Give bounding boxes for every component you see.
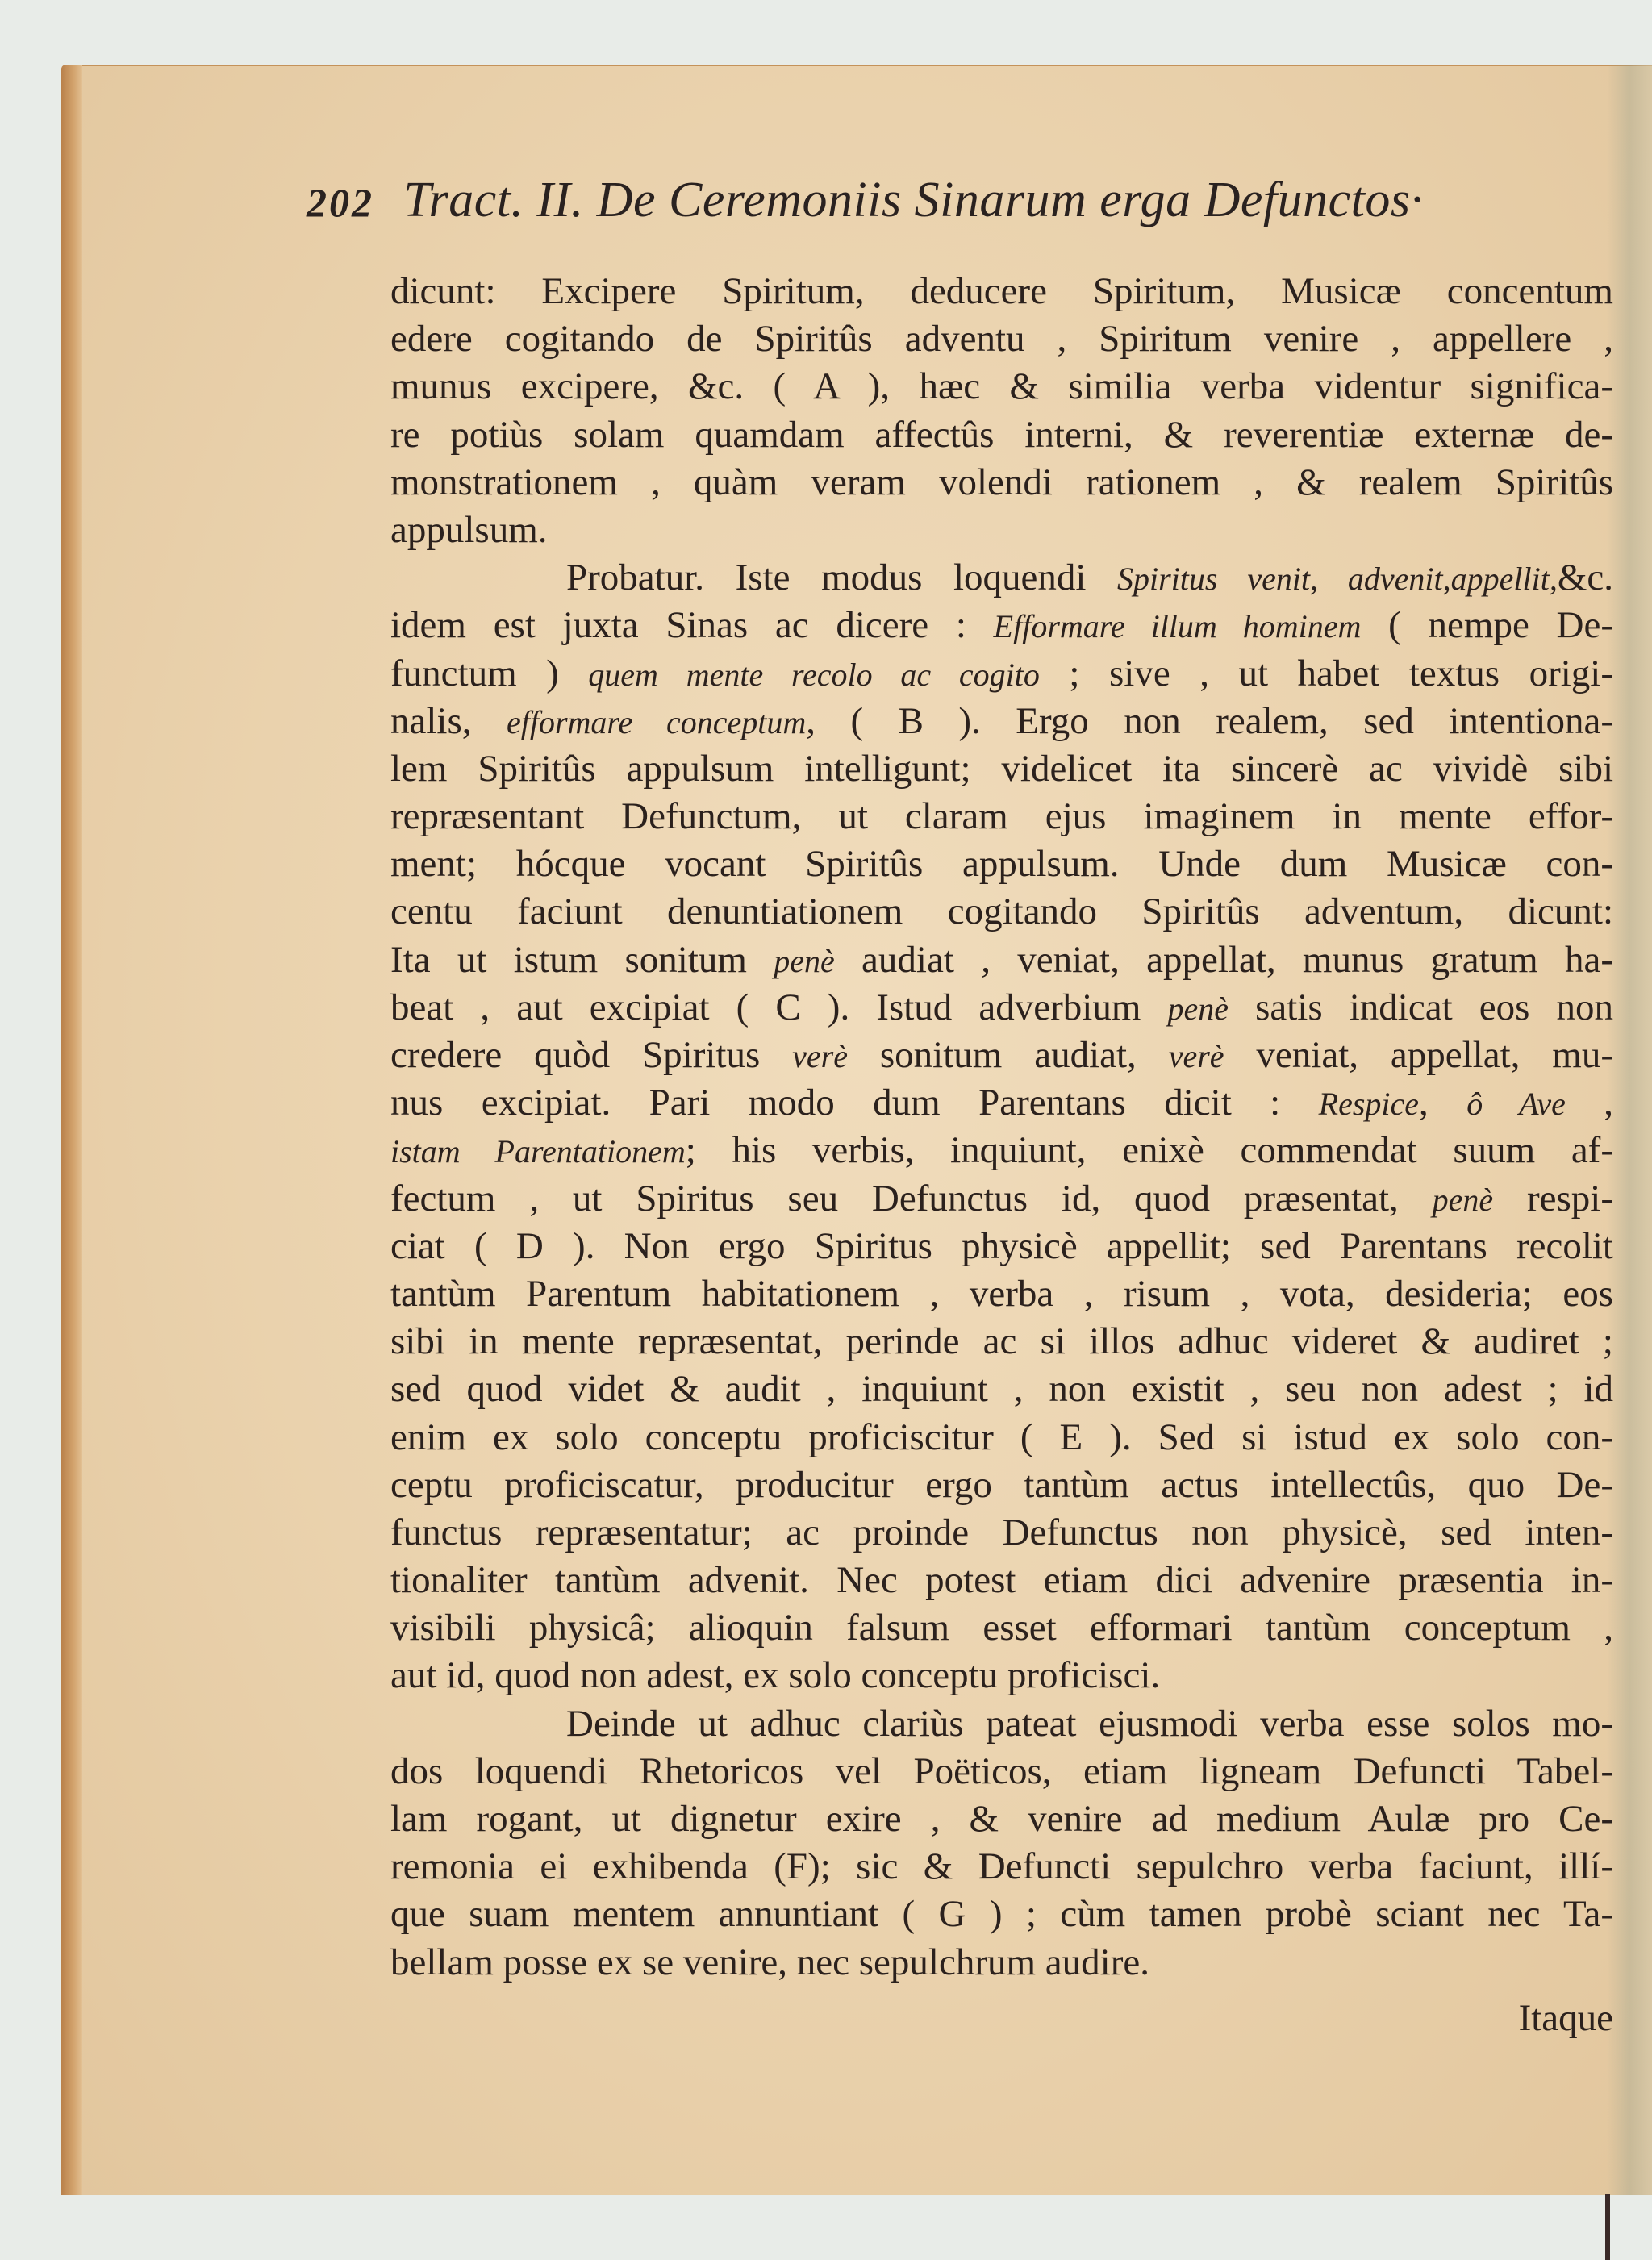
text-line: beat , aut excipiat ( C ). Istud adverbi… bbox=[390, 984, 1613, 1032]
text-segment: visibili physicâ; alioquin falsum esset … bbox=[390, 1607, 1613, 1649]
text-segment: sed quod videt & audit , inquiunt , non … bbox=[390, 1368, 1613, 1410]
text-segment: que suam mentem annuntiant ( G ) ; cùm t… bbox=[390, 1893, 1613, 1935]
text-line: que suam mentem annuntiant ( G ) ; cùm t… bbox=[390, 1891, 1613, 1938]
text-segment: bellam posse ex se venire, nec sepulchru… bbox=[390, 1941, 1149, 1983]
text-segment: monstrationem , quàm veram volendi ratio… bbox=[390, 461, 1613, 503]
text-line: Probatur. Iste modus loquendi Spiritus v… bbox=[390, 554, 1613, 602]
text-segment: aut id, quod non adest, ex solo conceptu… bbox=[390, 1654, 1160, 1696]
text-segment: sibi in mente repræsentat, perinde ac si… bbox=[390, 1320, 1613, 1362]
text-segment: ; his verbis, inquiunt, enixè commendat … bbox=[686, 1129, 1613, 1171]
text-segment: beat , aut excipiat ( C ). Istud adverbi… bbox=[390, 986, 1167, 1028]
text-segment: centu faciunt denuntiationem cogitando S… bbox=[390, 890, 1613, 932]
text-line: re potiùs solam quamdam affectûs interni… bbox=[390, 411, 1613, 459]
text-segment: veniat, appellat, mu- bbox=[1224, 1034, 1613, 1076]
text-segment: Deinde ut adhuc clariùs pateat ejusmodi … bbox=[566, 1703, 1613, 1745]
text-segment: , bbox=[1419, 1082, 1466, 1124]
text-line: credere quòd Spiritus verè sonitum audia… bbox=[390, 1032, 1613, 1079]
text-segment: ; sive , ut habet textus origi- bbox=[1040, 653, 1613, 694]
text-line: functus repræsentatur; ac proinde Defunc… bbox=[390, 1509, 1613, 1557]
text-line: appulsum. bbox=[390, 507, 1613, 554]
italic-phrase: verè bbox=[1169, 1038, 1224, 1074]
text-line: Deinde ut adhuc clariùs pateat ejusmodi … bbox=[390, 1700, 1613, 1748]
text-line: dicunt: Excipere Spiritum, deducere Spir… bbox=[390, 268, 1613, 315]
text-line: idem est juxta Sinas ac dicere : Efforma… bbox=[390, 602, 1613, 649]
binding-edge bbox=[1605, 2194, 1610, 2260]
page-number: 202 bbox=[307, 180, 374, 225]
text-line: tantùm Parentum habitationem , verba , r… bbox=[390, 1270, 1613, 1318]
text-line: nalis, efformare conceptum, ( B ). Ergo … bbox=[390, 698, 1613, 745]
text-segment: Probatur. Iste modus loquendi bbox=[566, 557, 1117, 598]
text-line: aut id, quod non adest, ex solo conceptu… bbox=[390, 1652, 1613, 1699]
text-segment: fectum , ut Spiritus seu Defunctus id, q… bbox=[390, 1178, 1433, 1220]
text-segment: remonia ei exhibenda (F); sic & Defuncti… bbox=[390, 1845, 1613, 1887]
text-segment: edere cogitando de Spiritûs adventu , Sp… bbox=[390, 318, 1613, 360]
italic-phrase: verè bbox=[792, 1038, 848, 1074]
text-line: visibili physicâ; alioquin falsum esset … bbox=[390, 1604, 1613, 1652]
text-line: lam rogant, ut dignetur exire , & venire… bbox=[390, 1795, 1613, 1843]
italic-phrase: Efformare illum hominem bbox=[994, 608, 1362, 644]
text-segment: repræsentant Defunctum, ut claram ejus i… bbox=[390, 795, 1613, 837]
text-segment: tionaliter tantùm advenit. Nec potest et… bbox=[390, 1559, 1613, 1601]
text-segment: Ita ut istum sonitum bbox=[390, 939, 774, 981]
text-segment: lam rogant, ut dignetur exire , & venire… bbox=[390, 1798, 1613, 1840]
text-segment: ciat ( D ). Non ergo Spiritus physicè ap… bbox=[390, 1225, 1613, 1267]
italic-phrase: penè bbox=[774, 943, 835, 979]
text-segment: audiat , veniat, appellat, munus gratum … bbox=[835, 939, 1613, 981]
running-head: 202Tract. II. De Ceremoniis Sinarum erga… bbox=[307, 172, 1646, 229]
text-segment: functus repræsentatur; ac proinde Defunc… bbox=[390, 1512, 1613, 1553]
text-line: fectum , ut Spiritus seu Defunctus id, q… bbox=[390, 1175, 1613, 1223]
italic-phrase: ô Ave bbox=[1466, 1086, 1566, 1122]
catchword: Itaque bbox=[390, 1995, 1613, 2042]
gutter-shadow bbox=[1607, 65, 1652, 2195]
text-segment: ( nempe De- bbox=[1361, 604, 1613, 646]
running-title: Tract. II. De Ceremoniis Sinarum erga De… bbox=[403, 173, 1423, 227]
text-line: functum ) quem mente recolo ac cogito ; … bbox=[390, 650, 1613, 698]
italic-phrase: penè bbox=[1167, 990, 1229, 1027]
text-line: lem Spiritûs appulsum intelligunt; videl… bbox=[390, 745, 1613, 793]
text-segment: enim ex solo conceptu proficiscitur ( E … bbox=[390, 1416, 1613, 1458]
text-line: ciat ( D ). Non ergo Spiritus physicè ap… bbox=[390, 1223, 1613, 1270]
text-line: monstrationem , quàm veram volendi ratio… bbox=[390, 459, 1613, 507]
text-segment: munus excipere, &c. ( A ), hæc & similia… bbox=[390, 365, 1613, 407]
text-line: remonia ei exhibenda (F); sic & Defuncti… bbox=[390, 1843, 1613, 1891]
text-line: dos loquendi Rhetoricos vel Poëticos, et… bbox=[390, 1748, 1613, 1795]
text-segment: nus excipiat. Pari modo dum Parentans di… bbox=[390, 1082, 1319, 1124]
text-segment: &c. bbox=[1558, 557, 1613, 598]
text-segment: functum ) bbox=[390, 653, 588, 694]
text-line: sed quod videt & audit , inquiunt , non … bbox=[390, 1366, 1613, 1413]
text-segment: , bbox=[1566, 1082, 1613, 1124]
text-line: ment; hócque vocant Spiritûs appulsum. U… bbox=[390, 840, 1613, 888]
text-segment: credere quòd Spiritus bbox=[390, 1034, 792, 1076]
text-line: centu faciunt denuntiationem cogitando S… bbox=[390, 888, 1613, 936]
text-segment: dos loquendi Rhetoricos vel Poëticos, et… bbox=[390, 1750, 1613, 1792]
text-line: istam Parentationem; his verbis, inquiun… bbox=[390, 1127, 1613, 1174]
text-segment: , ( B ). Ergo non realem, sed intentiona… bbox=[806, 700, 1613, 742]
text-line: repræsentant Defunctum, ut claram ejus i… bbox=[390, 793, 1613, 840]
italic-phrase: Spiritus venit, advenit,appellit, bbox=[1117, 561, 1558, 597]
body-text: dicunt: Excipere Spiritum, deducere Spir… bbox=[390, 268, 1613, 2042]
italic-phrase: istam Parentationem bbox=[390, 1133, 686, 1170]
text-segment: ment; hócque vocant Spiritûs appulsum. U… bbox=[390, 843, 1613, 885]
text-line: tionaliter tantùm advenit. Nec potest et… bbox=[390, 1557, 1613, 1604]
text-line: bellam posse ex se venire, nec sepulchru… bbox=[390, 1939, 1613, 1987]
text-segment: appulsum. bbox=[390, 509, 548, 551]
text-segment: nalis, bbox=[390, 700, 507, 742]
text-segment: respi- bbox=[1493, 1178, 1613, 1220]
text-line: Ita ut istum sonitum penè audiat , venia… bbox=[390, 936, 1613, 984]
text-segment: tantùm Parentum habitationem , verba , r… bbox=[390, 1273, 1613, 1315]
text-segment: ceptu proficiscatur, producitur ergo tan… bbox=[390, 1464, 1613, 1506]
text-line: ceptu proficiscatur, producitur ergo tan… bbox=[390, 1461, 1613, 1509]
text-line: enim ex solo conceptu proficiscitur ( E … bbox=[390, 1414, 1613, 1461]
italic-phrase: quem mente recolo ac cogito bbox=[588, 657, 1040, 693]
text-segment: dicunt: Excipere Spiritum, deducere Spir… bbox=[390, 270, 1613, 312]
italic-phrase: efformare conceptum bbox=[507, 704, 806, 740]
italic-phrase: Respice bbox=[1319, 1086, 1419, 1122]
text-segment: satis indicat eos non bbox=[1229, 986, 1613, 1028]
text-line: sibi in mente repræsentat, perinde ac si… bbox=[390, 1318, 1613, 1366]
text-line: nus excipiat. Pari modo dum Parentans di… bbox=[390, 1079, 1613, 1127]
italic-phrase: penè bbox=[1433, 1182, 1494, 1218]
text-segment: re potiùs solam quamdam affectûs interni… bbox=[390, 414, 1613, 456]
text-segment: lem Spiritûs appulsum intelligunt; videl… bbox=[390, 748, 1613, 790]
text-line: munus excipere, &c. ( A ), hæc & similia… bbox=[390, 363, 1613, 411]
text-line: edere cogitando de Spiritûs adventu , Sp… bbox=[390, 315, 1613, 363]
text-segment: sonitum audiat, bbox=[848, 1034, 1169, 1076]
text-segment: idem est juxta Sinas ac dicere : bbox=[390, 604, 994, 646]
page-edge bbox=[61, 65, 82, 2195]
